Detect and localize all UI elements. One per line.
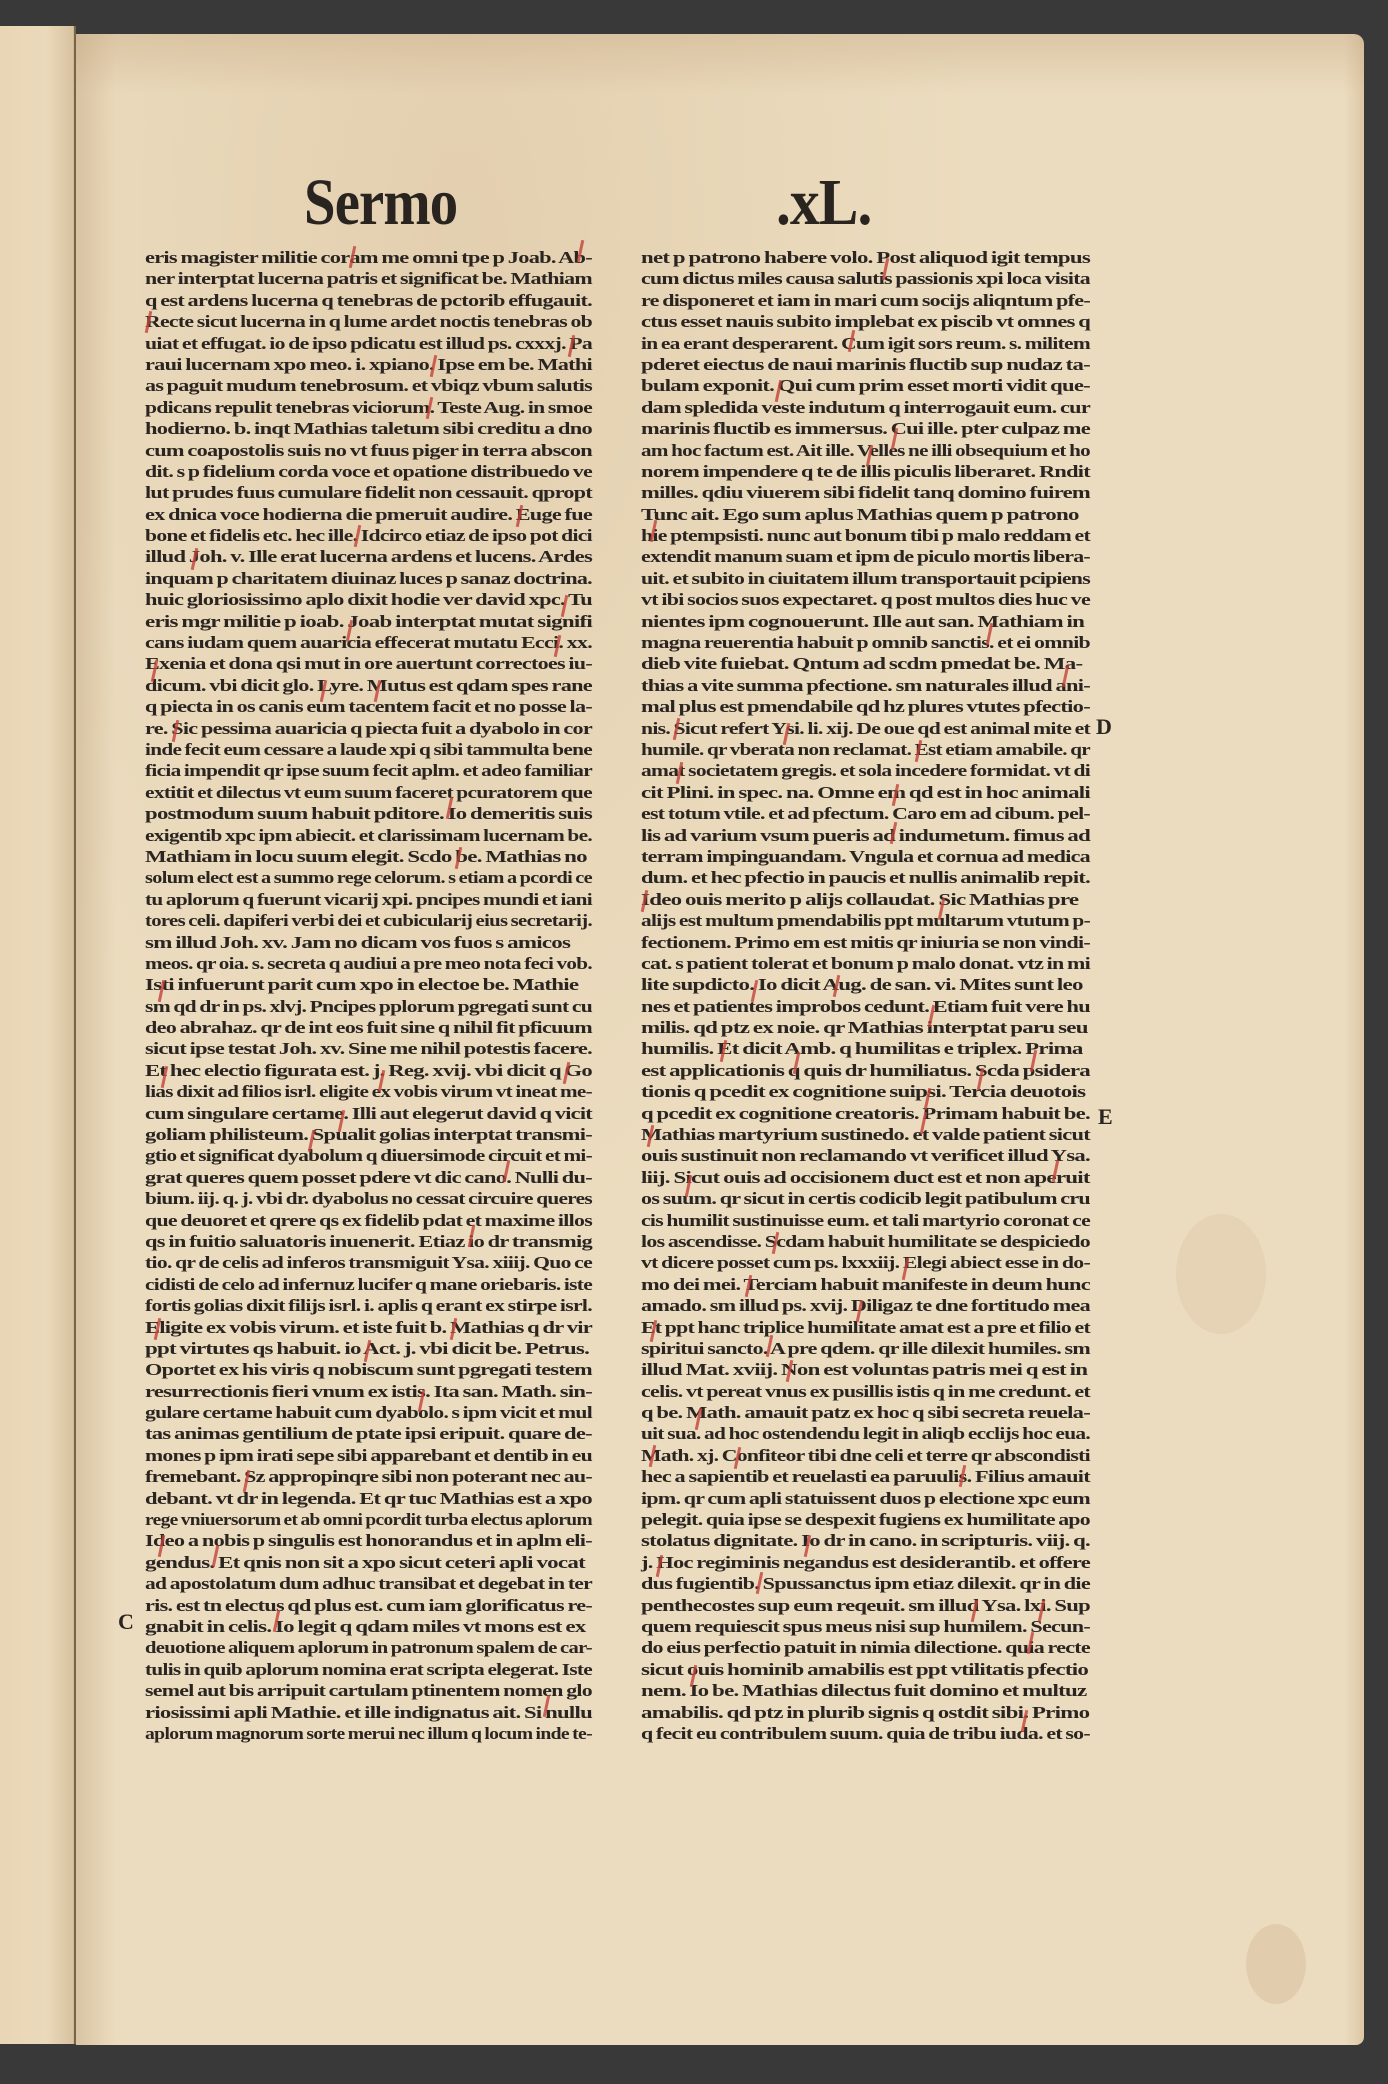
text-line: hodierno. b. inqt Mathias taletum sibi c… [145, 418, 592, 439]
text-line: uit. et subito in ciuitatem illum transp… [641, 568, 1090, 589]
marginal-paragraph-mark-c: C [118, 1611, 134, 1633]
text-line: eris magister militie coram me omni tpe … [145, 247, 592, 268]
text-line: sm illud Joh. xv. Jam no dicam vos fuos … [145, 932, 592, 953]
text-line: nientes ipm cognouerunt. Ille aut san. M… [641, 611, 1090, 632]
text-line: bulam exponit. Qui cum prim esset morti … [641, 375, 1090, 396]
text-line: fortis golias dixit filijs isrl. i. apli… [145, 1295, 592, 1316]
text-line: exigentib xpc ipm abiecit. et clarissima… [145, 825, 592, 846]
text-line: grat queres quem posset pdere vt dic can… [145, 1167, 592, 1188]
text-line: cat. s patient tolerat et bonum p malo d… [641, 953, 1090, 974]
text-line: bium. iij. q. j. vbi dr. dyabolus no ces… [145, 1188, 592, 1209]
running-head-folio-number: .xL. [776, 168, 871, 238]
text-line: ipm. qr cum apli statuissent duos p elec… [641, 1488, 1090, 1509]
text-line: cis humilit sustinuisse eum. et tali mar… [641, 1210, 1090, 1231]
text-line: cidisti de celo ad infernuz lucifer q ma… [145, 1274, 592, 1295]
text-line: in ea erant desperarent. Cum igit sors r… [641, 333, 1090, 354]
text-line: cum coapostolis suis no vt fuus piger in… [145, 440, 592, 461]
text-line: terram impinguandam. Vngula et cornua ad… [641, 846, 1090, 867]
text-line: marinis fluctib es immersus. Cui ille. p… [641, 418, 1090, 439]
text-line: pderet eiectus de naui marinis fluctib s… [641, 354, 1090, 375]
text-line: deuotione aliquem aplorum in patronum sp… [145, 1637, 592, 1658]
text-line: dieb vite fuiebat. Qntum ad scdm pmedat … [641, 653, 1090, 674]
text-line: illud Mat. xviij. Non est voluntas patri… [641, 1359, 1090, 1380]
text-line: inde fecit eum cessare a laude xpi q sib… [145, 739, 592, 760]
text-line: illud Joh. v. Ille erat lucerna ardens e… [145, 546, 592, 567]
text-line: nem. Io be. Mathias dilectus fuit domino… [641, 1680, 1090, 1701]
text-line: cum dictus miles causa salutis passionis… [641, 268, 1090, 289]
text-line: amado. sm illud ps. xvij. Diligaz te dne… [641, 1295, 1090, 1316]
text-line: raui lucernam xpo meo. i. xpiano. Ipse e… [145, 354, 592, 375]
paper-stain [1176, 1214, 1266, 1334]
text-line: as paguit mudum tenebrosum. et vbiqz vbu… [145, 375, 592, 396]
text-line: ouis sustinuit non reclamando vt verific… [641, 1145, 1090, 1166]
text-line: celis. vt pereat vnus ex pusillis istis … [641, 1381, 1090, 1402]
text-line: uit sua. ad hoc ostendendu legit in aliq… [641, 1423, 1090, 1444]
text-line: am hoc factum est. Ait ille. Velles ne i… [641, 440, 1090, 461]
text-line: aplorum magnorum sorte merui nec illum q… [145, 1723, 592, 1744]
text-line: lis ad varium vsum pueris ad indumetum. … [641, 825, 1090, 846]
text-line: fectionem. Primo em est mitis qr iniuria… [641, 932, 1090, 953]
text-line: hec a sapientib et reuelasti ea paruulis… [641, 1466, 1090, 1487]
text-line: rege vniuersorum et ab omni pcordit turb… [145, 1509, 592, 1530]
text-line: gnabit in celis. Io legit q qdam miles v… [145, 1616, 592, 1637]
text-line: riosissimi apli Mathie. et ille indignat… [145, 1702, 592, 1723]
text-line: tulis in quib aplorum nomina erat script… [145, 1659, 592, 1680]
text-line: ner interptat lucerna patris et signific… [145, 268, 592, 289]
text-line: cit Plini. in spec. na. Omne em qd est i… [641, 782, 1090, 803]
facing-page-edge [0, 26, 76, 2044]
text-line: humile. qr vberata non reclamat. Est eti… [641, 739, 1090, 760]
text-line: ctus esset nauis subito implebat ex pisc… [641, 311, 1090, 332]
text-line: lias dixit ad filios isrl. eligite ex vo… [145, 1081, 592, 1102]
text-line: mones p ipm irati sepe sibi apparebant e… [145, 1445, 592, 1466]
text-line: milis. qd ptz ex noie. qr Mathias interp… [641, 1017, 1090, 1038]
text-line: los ascendisse. Scdam habuit humilitate … [641, 1231, 1090, 1252]
text-line: alijs est multum pmendabilis ppt multaru… [641, 910, 1090, 931]
text-line: dus fugientib. Spussanctus ipm etiaz dil… [641, 1573, 1090, 1594]
text-line: spiritui sancto. A pre qdem. qr ille dil… [641, 1338, 1090, 1359]
text-line: q piecta in os canis eum tacentem facit … [145, 696, 592, 717]
text-line: gulare certame habuit cum dyabolo. s ipm… [145, 1402, 592, 1423]
text-line: huic gloriosissimo aplo dixit hodie ver … [145, 589, 592, 610]
text-line: mo dei mei. Terciam habuit manifeste in … [641, 1274, 1090, 1295]
marginal-paragraph-mark-e: E [1098, 1106, 1113, 1128]
text-line: semel aut bis arripuit cartulam ptinente… [145, 1680, 592, 1701]
text-line: debant. vt dr in legenda. Et qr tuc Math… [145, 1488, 592, 1509]
text-line: tio. qr de celis ad inferos transmiguit … [145, 1252, 592, 1273]
paper-stain [1246, 1924, 1306, 2004]
text-line: nes et patientes improbos cedunt. Etiam … [641, 996, 1090, 1017]
text-line: Tunc ait. Ego sum aplus Mathias quem p p… [641, 504, 1090, 525]
text-line: Ideo a nobis p singulis est honorandus e… [145, 1530, 592, 1551]
text-line: liij. Sicut ouis ad occisionem duct est … [641, 1167, 1090, 1188]
text-line: thias a vite summa pfectione. sm natural… [641, 675, 1090, 696]
text-line: j. Hoc regiminis negandus est desiderant… [641, 1552, 1090, 1573]
text-line: Et ppt hanc triplice humilitate amat est… [641, 1317, 1090, 1338]
text-line: pelegit. quia ipse se despexit fugiens e… [641, 1509, 1090, 1530]
text-line: meos. qr oia. s. secreta q audiui a pre … [145, 953, 592, 974]
text-line: cans iudam quem auaricia effecerat mutat… [145, 632, 592, 653]
text-line: uiat et effugat. io de ipso pdicatu est … [145, 333, 592, 354]
text-line: gtio et significat dyabolum q diuersimod… [145, 1145, 592, 1166]
text-line: lite supdicto. Io dicit Aug. de san. vi.… [641, 974, 1090, 995]
text-line: extitit et dilectus vt eum suum faceret … [145, 782, 592, 803]
text-line: inquam p charitatem diuinaz luces p sana… [145, 568, 592, 589]
text-line: nis. Sicut refert Ysi. li. xij. De oue q… [641, 718, 1090, 739]
text-line: est totum vtile. et ad pfectum. Caro em … [641, 803, 1090, 824]
text-column-left: eris magister militie coram me omni tpe … [145, 247, 592, 1744]
text-line: Mathiam in locu suum elegit. Scdo be. Ma… [145, 846, 592, 867]
text-line: sicut ouis hominib amabilis est ppt vtil… [641, 1659, 1090, 1680]
text-line: pdicans repulit tenebras viciorum. Teste… [145, 397, 592, 418]
text-line: extendit manum suam et ipm de piculo mor… [641, 546, 1090, 567]
text-line: lut prudes fuus cumulare fidelit non ces… [145, 482, 592, 503]
text-line: ficia impendit qr ipse suum fecit aplm. … [145, 760, 592, 781]
text-line: cum singulare certame. Illi aut elegerut… [145, 1103, 592, 1124]
text-line: ad apostolatum dum adhuc transibat et de… [145, 1573, 592, 1594]
text-line: re. Sic pessima auaricia q piecta fuit a… [145, 718, 592, 739]
text-line: bone et fidelis etc. hec ille. Idcirco e… [145, 525, 592, 546]
text-line: ex dnica voce hodierna die pmeruit audir… [145, 504, 592, 525]
text-line: est applicationis q quis dr humiliatus. … [641, 1060, 1090, 1081]
text-line: Et hec electio figurata est. j. Reg. xvi… [145, 1060, 592, 1081]
text-line: Mathias martyrium sustinedo. et valde pa… [641, 1124, 1090, 1145]
text-line: Math. xj. Confiteor tibi dne celi et ter… [641, 1445, 1090, 1466]
text-line: solum elect est a summo rege celorum. s … [145, 867, 592, 888]
text-line: sm qd dr in ps. xlvj. Pncipes pplorum pg… [145, 996, 592, 1017]
marginal-paragraph-mark-d: D [1096, 716, 1112, 738]
text-line: milles. qdiu viuerem sibi fidelit tanq d… [641, 482, 1090, 503]
text-line: ris. est tn electus qd plus est. cum iam… [145, 1595, 592, 1616]
text-line: Eligite ex vobis virum. et iste fuit b. … [145, 1317, 592, 1338]
text-line: os suum. qr sicut in certis codicib legi… [641, 1188, 1090, 1209]
text-line: vt ibi socios suos expectaret. q post mu… [641, 589, 1090, 610]
text-line: net p patrono habere volo. Post aliquod … [641, 247, 1090, 268]
text-line: q est ardens lucerna q tenebras de pctor… [145, 290, 592, 311]
text-line: dit. s p fidelium corda voce et opatione… [145, 461, 592, 482]
running-head-sermo: Sermo [304, 168, 457, 238]
text-line: quem requiescit spus meus nisi sup humil… [641, 1616, 1090, 1637]
text-line: eris mgr militie p ioab. Joab interptat … [145, 611, 592, 632]
text-line: tores celi. dapiferi verbi dei et cubicu… [145, 910, 592, 931]
text-line: mal plus est pmendabile qd hz plures vtu… [641, 696, 1090, 717]
text-line: dum. et hec pfectio in paucis et nullis … [641, 867, 1090, 888]
text-line: Oportet ex his viris q nobiscum sunt pgr… [145, 1359, 592, 1380]
text-line: qs in fuitio saluatoris inuenerit. Etiaz… [145, 1231, 592, 1252]
text-line: vt dicere posset cum ps. lxxxiij. Elegi … [641, 1252, 1090, 1273]
text-line: deo abrahaz. qr de int eos fuit sine q n… [145, 1017, 592, 1038]
text-line: sicut ipse testat Joh. xv. Sine me nihil… [145, 1038, 592, 1059]
text-line: do eius perfectio patuit in nimia dilect… [641, 1637, 1090, 1658]
text-column-right: net p patrono habere volo. Post aliquod … [641, 247, 1090, 1744]
text-line: Isti infuerunt parit cum xpo in electoe … [145, 974, 592, 995]
text-line: Recte sicut lucerna in q lume ardet noct… [145, 311, 592, 332]
text-line: fremebant. Sz appropinqre sibi non poter… [145, 1466, 592, 1487]
text-line: q be. Math. amauit patz ex hoc q sibi se… [641, 1402, 1090, 1423]
text-line: re disponeret et iam in mari cum socijs … [641, 290, 1090, 311]
text-line: tionis q pcedit ex cognitione suipsi. Te… [641, 1081, 1090, 1102]
text-line: q pcedit ex cognitione creatoris. Primam… [641, 1103, 1090, 1124]
text-line: tas animas gentilium de ptate ipsi eripu… [145, 1423, 592, 1444]
text-line: resurrectionis fieri vnum ex istis. Ita … [145, 1381, 592, 1402]
text-line: penthecostes sup eum reqeuit. sm illud Y… [641, 1595, 1090, 1616]
text-line: dicum. vbi dicit glo. Lyre. Mutus est qd… [145, 675, 592, 696]
text-line: magna reuerentia habuit p omnib sanctis.… [641, 632, 1090, 653]
text-line: humilis. Et dicit Amb. q humilitas e tri… [641, 1038, 1090, 1059]
text-line: stolatus dignitate. Io dr in cano. in sc… [641, 1530, 1090, 1551]
text-line: Exenia et dona qsi mut in ore auertunt c… [145, 653, 592, 674]
text-line: tu aplorum q fuerunt vicarij xpi. pncipe… [145, 889, 592, 910]
text-line: goliam philisteum. Spualit golias interp… [145, 1124, 592, 1145]
text-line: hie ptempsisti. nunc aut bonum tibi p ma… [641, 525, 1090, 546]
text-line: dam spledida veste indutum q interrogaui… [641, 397, 1090, 418]
text-line: postmodum suum habuit pditore. Io demeri… [145, 803, 592, 824]
text-line: amat societatem gregis. et sola incedere… [641, 760, 1090, 781]
text-line: que deuoret et qrere qs ex fidelib pdat … [145, 1210, 592, 1231]
text-line: Ideo ouis merito p alijs collaudat. Sic … [641, 889, 1090, 910]
